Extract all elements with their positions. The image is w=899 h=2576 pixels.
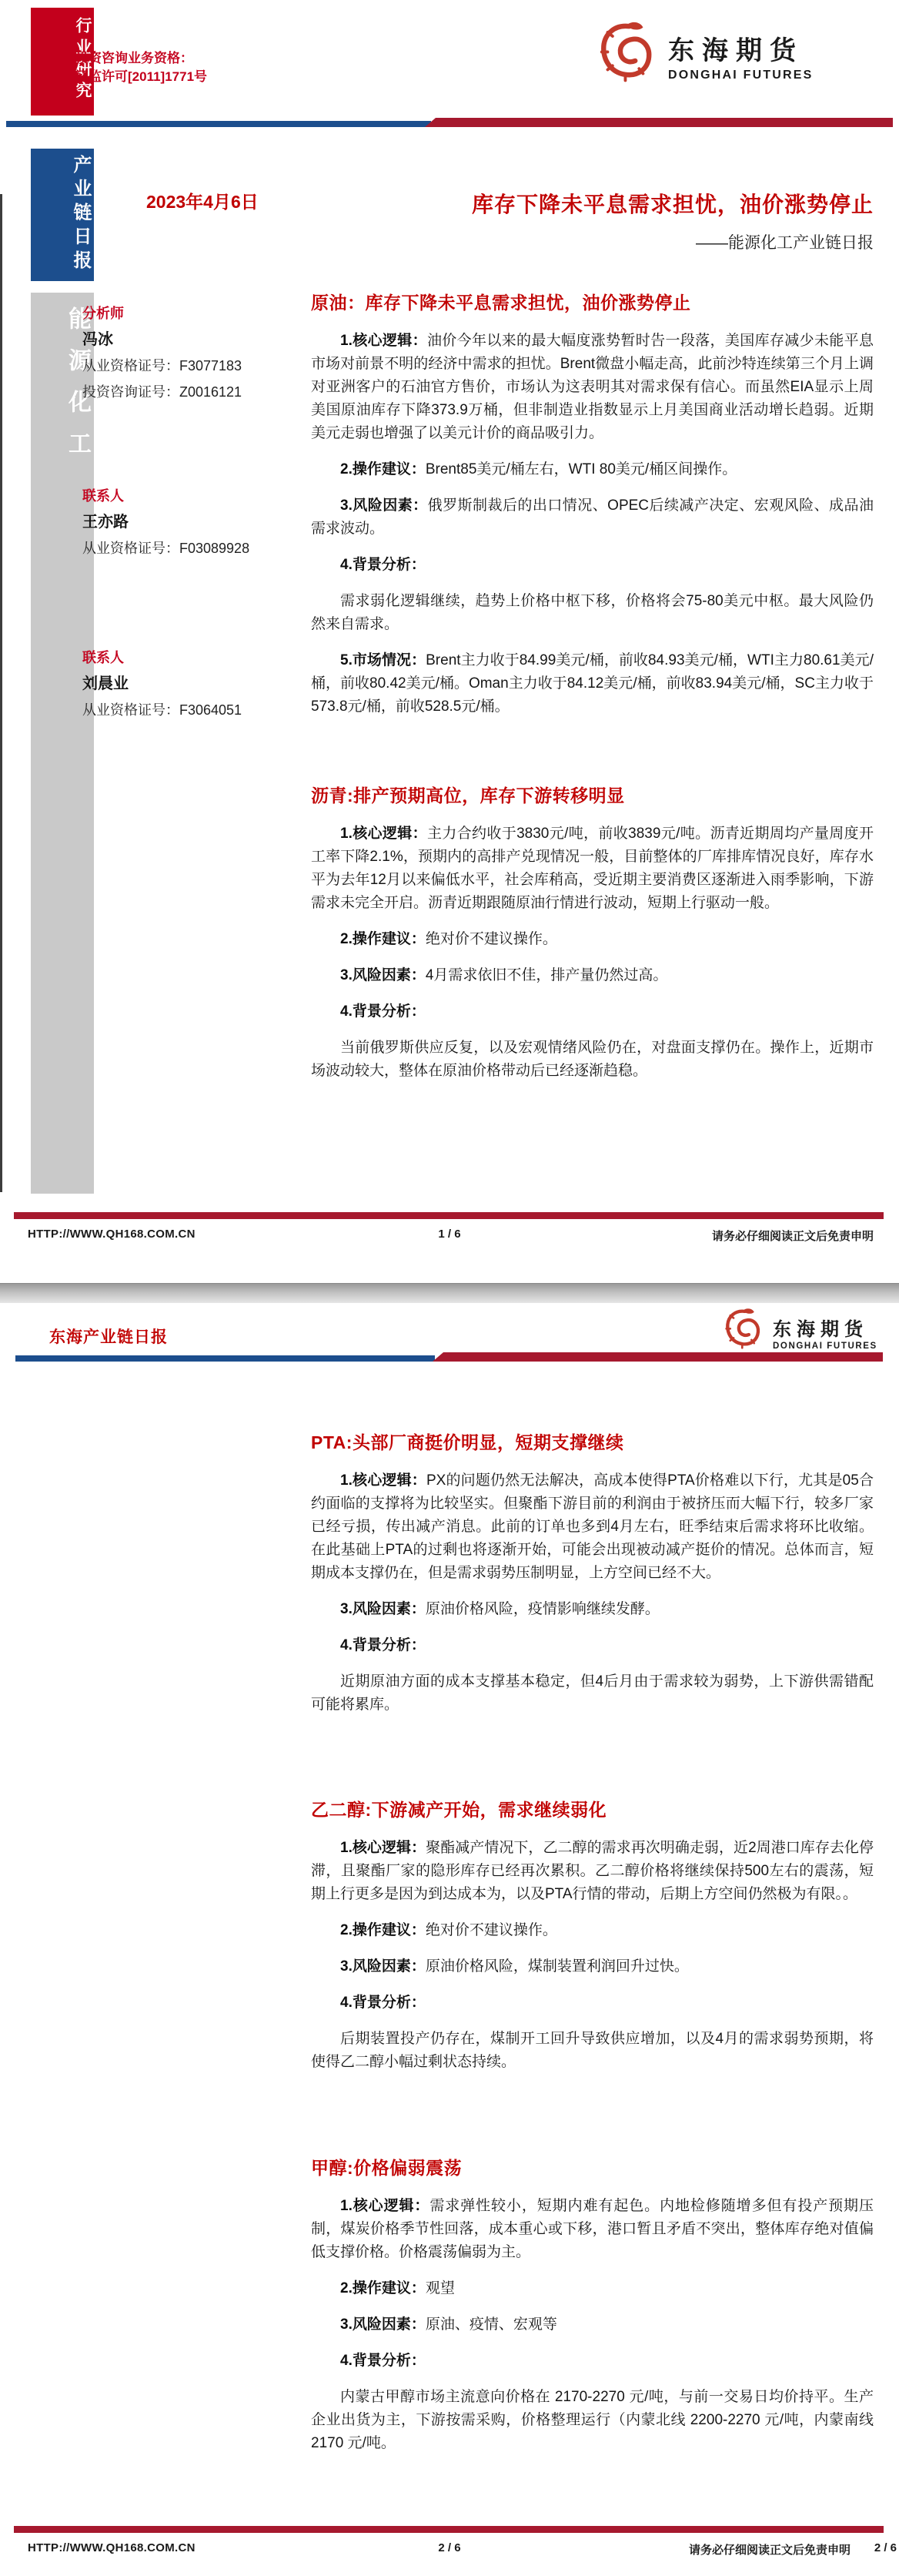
paragraph: 4.背景分析： [311,1000,874,1023]
qualification-text: 投资咨询业务资格： 证监许可[2011]1771号 [75,49,207,86]
paragraph: 3.风险因素：4月需求依旧不佳，排产量仍然过高。 [311,964,874,987]
person-cert: 投资咨询证号：Z0016121 [82,379,306,405]
paragraph: 内蒙古甲醇市场主流意向价格在 2170-2270 元/吨，与前一交易日均价持平。… [311,2386,874,2455]
page-1: 行业研究 投资咨询业务资格： 证监许可[2011]1771号 [0,0,899,1283]
paragraph-label: 1.核心逻辑： [340,826,427,842]
footer-rule [14,1212,884,1219]
section-heading: 原油：库存下降未平息需求担忧，油价涨势停止 [311,291,874,314]
footer-url: HTTP://WWW.QH168.COM.CN [28,1228,196,1241]
section-heading: PTA:头部厂商挺价明显，短期支撑继续 [311,1431,874,1454]
paragraph-label: 2.操作建议： [340,1922,426,1938]
paragraph: 3.风险因素：原油价格风险，疫情影响继续发酵。 [311,1598,874,1621]
report-type-badge: 产业链日报 [31,149,94,281]
analyst-block: 分析师冯冰从业资格证号：F3077183投资咨询证号：Z0016121 [82,300,306,405]
footer-page-number: 2 / 6 [438,2541,460,2554]
report-title: 库存下降未平息需求担忧，油价涨势停止 [311,188,874,219]
paragraph: 4.背景分析： [311,1634,874,1657]
section-asphalt: 沥青:排产预期高位，库存下游转移明显1.核心逻辑：主力合约收于3830元/吨，前… [311,784,874,1083]
paragraph: 3.风险因素：原油、疫情、宏观等 [311,2313,874,2336]
paragraph: 1.核心逻辑：聚酯减产情况下，乙二醇的需求再次明确走弱，近2周港口库存去化停滞，… [311,1837,874,1906]
sector-badge: 能源化工 [31,293,94,1194]
paragraph-label: 4.背景分析： [340,1637,426,1653]
company-logo: 东海期货 DONGHAI FUTURES [594,18,814,93]
paragraph-label: 4.背景分析： [340,1995,426,2011]
paragraph-label: 2.操作建议： [340,931,426,947]
logo-text: 东海期货 DONGHAI FUTURES [773,1314,877,1351]
paragraph: 3.风险因素：原油价格风险，煤制装置利润回升过快。 [311,1955,874,1978]
paragraph: 2.操作建议：Brent85美元/桶左右，WTI 80美元/桶区间操作。 [311,458,874,481]
logo-en: DONGHAI FUTURES [668,69,814,82]
footer-rule [14,2526,884,2533]
logo-cn: 东海期货 [773,1314,877,1341]
paragraph: 1.核心逻辑：油价今年以来的最大幅度涨势暂时告一段落，美国库存减少未能平息市场对… [311,330,874,445]
logo-en: DONGHAI FUTURES [773,1342,877,1351]
paragraph: 3.风险因素：俄罗斯制裁后的出口情况、OPEC后续减产决定、宏观风险、成品油需求… [311,494,874,541]
paragraph-label: 3.风险因素： [340,497,428,514]
footer-disclaimer: 请务必仔细阅读正文后免责申明 [712,1228,874,1244]
person-cert: 从业资格证号：F03089928 [82,535,306,561]
person-name: 冯冰 [82,327,306,353]
paragraph-label: 2.操作建议： [340,461,426,477]
section-methanol: 甲醇:价格偏弱震荡1.核心逻辑：需求弹性较小，短期内难有起色。内地检修随增多但有… [311,2156,874,2455]
paragraph: 需求弱化逻辑继续，趋势上价格中枢下移，价格将会75-80美元中枢。最大风险仍然来… [311,590,874,636]
header-rule-blue [6,121,431,127]
paragraph-label: 1.核心逻辑： [340,1472,426,1489]
paragraph-label: 2.操作建议： [340,2280,426,2296]
left-margin-rule [0,194,2,1192]
paragraph: 1.核心逻辑：需求弹性较小，短期内难有起色。内地检修随增多但有投产预期压制，煤炭… [311,2195,874,2264]
paragraph: 5.市场情况：Brent主力收于84.99美元/桶，前收84.93美元/桶，WT… [311,649,874,719]
logo-cn: 东海期货 [668,29,814,67]
paragraph: 当前俄罗斯供应反复，以及宏观情绪风险仍在，对盘面支撑仍在。操作上，近期市场波动较… [311,1037,874,1083]
paragraph: 2.操作建议：绝对价不建议操作。 [311,1919,874,1942]
person-role: 分析师 [82,300,306,327]
paragraph: 4.背景分析： [311,1991,874,2015]
person-role: 联系人 [82,645,306,671]
logo-text: 东海期货 DONGHAI FUTURES [668,29,814,82]
person-name: 刘晨业 [82,671,306,697]
paragraph-label: 4.背景分析： [340,2353,426,2369]
page-2: 东海产业链日报 东海期货 DO [0,1303,899,2576]
paragraph-label: 3.风险因素： [340,967,426,983]
paragraph-label: 3.风险因素： [340,2316,426,2333]
footer-url: HTTP://WWW.QH168.COM.CN [28,2541,196,2554]
person-cert: 从业资格证号：F3077183 [82,353,306,379]
qualification-line2: 证监许可[2011]1771号 [75,68,207,86]
section-heading: 甲醇:价格偏弱震荡 [311,2156,874,2179]
footer-page-number: 1 / 6 [438,1228,460,1241]
page2-header-title: 东海产业链日报 [49,1325,168,1348]
header-rule-blue [15,1355,435,1362]
paragraph: 4.背景分析： [311,554,874,577]
person-role: 联系人 [82,483,306,509]
paragraph-label: 4.背景分析： [340,557,426,573]
report-date: 2023年4月6日 [146,188,259,213]
paragraph-label: 4.背景分析： [340,1003,426,1020]
section-meg: 乙二醇:下游减产开始，需求继续弱化1.核心逻辑：聚酯减产情况下，乙二醇的需求再次… [311,1798,874,2074]
page-separator [0,1283,899,1304]
paragraph: 2.操作建议：绝对价不建议操作。 [311,928,874,951]
contact-block: 联系人王亦路从业资格证号：F03089928 [82,483,306,561]
paragraph: 后期装置投产仍存在，煤制开工回升导致供应增加，以及4月的需求弱势预期，将使得乙二… [311,2028,874,2074]
person-name: 王亦路 [82,509,306,535]
paragraph: 4.背景分析： [311,2350,874,2373]
paragraph: 1.核心逻辑：PX的问题仍然无法解决，高成本使得PTA价格难以下行，尤其是05合… [311,1469,874,1585]
report-canvas: 行业研究 投资咨询业务资格： 证监许可[2011]1771号 [0,0,899,2576]
paragraph-label: 1.核心逻辑： [340,1840,426,1856]
report-type-label: 产业链日报 [31,149,94,274]
section-heading: 乙二醇:下游减产开始，需求继续弱化 [311,1798,874,1821]
donghai-dragon-logo-icon [722,1306,765,1358]
paragraph-label: 3.风险因素： [340,1958,426,1975]
paragraph-label: 3.风险因素： [340,1601,426,1617]
paragraph-label: 1.核心逻辑： [340,2198,429,2214]
qualification-line1: 投资咨询业务资格： [75,49,207,68]
section-heading: 沥青:排产预期高位，库存下游转移明显 [311,784,874,807]
footer-disclaimer: 请务必仔细阅读正文后免责申明 [689,2541,851,2558]
paragraph-label: 5.市场情况： [340,652,426,668]
paragraph-label: 1.核心逻辑： [340,333,427,349]
footer-page-number-right: 2 / 6 [874,2541,897,2554]
paragraph: 1.核心逻辑：主力合约收于3830元/吨，前收3839元/吨。沥青近期周均产量周… [311,822,874,915]
report-subtitle: ——能源化工产业链日报 [311,230,874,253]
company-logo: 东海期货 DONGHAI FUTURES [722,1306,877,1358]
paragraph: 近期原油方面的成本支撑基本稳定，但4后月由于需求较为弱势，上下游供需错配可能将累… [311,1670,874,1717]
header-rule-red [425,118,893,127]
contact-block: 联系人刘晨业从业资格证号：F3064051 [82,645,306,723]
person-cert: 从业资格证号：F3064051 [82,697,306,723]
paragraph: 2.操作建议：观望 [311,2277,874,2300]
section-crude-oil: 原油：库存下降未平息需求担忧，油价涨势停止1.核心逻辑：油价今年以来的最大幅度涨… [311,291,874,719]
section-pta: PTA:头部厂商挺价明显，短期支撑继续1.核心逻辑：PX的问题仍然无法解决，高成… [311,1431,874,1717]
donghai-dragon-logo-icon [594,18,660,93]
